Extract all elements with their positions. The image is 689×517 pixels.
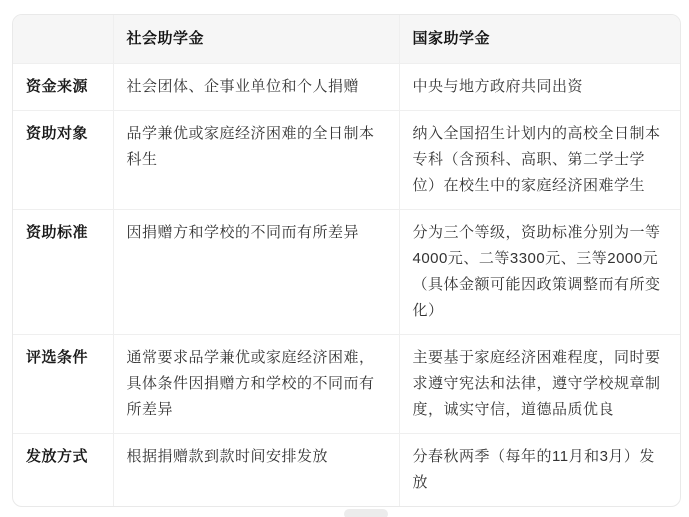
social-aid-cell: 通常要求品学兼优或家庭经济困难，具体条件因捐赠方和学校的不同而有所差异 xyxy=(113,335,399,434)
table-row: 评选条件 通常要求品学兼优或家庭经济困难，具体条件因捐赠方和学校的不同而有所差异… xyxy=(13,335,680,434)
row-header-selection-criteria: 评选条件 xyxy=(13,335,113,434)
national-aid-cell: 纳入全国招生计划内的高校全日制本专科（含预科、高职、第二学士学位）在校生中的家庭… xyxy=(399,111,680,210)
table-row: 资金来源 社会团体、企事业单位和个人捐赠 中央与地方政府共同出资 xyxy=(13,64,680,111)
row-header-funding-source: 资金来源 xyxy=(13,64,113,111)
comparison-table: 社会助学金 国家助学金 资金来源 社会团体、企事业单位和个人捐赠 中央与地方政府… xyxy=(13,15,680,506)
corner-cell xyxy=(13,15,113,64)
social-aid-cell: 社会团体、企事业单位和个人捐赠 xyxy=(113,64,399,111)
social-aid-cell: 品学兼优或家庭经济困难的全日制本科生 xyxy=(113,111,399,210)
table-header-row: 社会助学金 国家助学金 xyxy=(13,15,680,64)
column-header-social: 社会助学金 xyxy=(113,15,399,64)
national-aid-cell: 主要基于家庭经济困难程度，同时要求遵守宪法和法律，遵守学校规章制度，诚实守信，道… xyxy=(399,335,680,434)
comparison-table-card: 社会助学金 国家助学金 资金来源 社会团体、企事业单位和个人捐赠 中央与地方政府… xyxy=(12,14,681,507)
column-header-national: 国家助学金 xyxy=(399,15,680,64)
row-header-aid-standard: 资助标准 xyxy=(13,210,113,335)
table-row: 资助标准 因捐赠方和学校的不同而有所差异 分为三个等级，资助标准分别为一等400… xyxy=(13,210,680,335)
national-aid-cell: 中央与地方政府共同出资 xyxy=(399,64,680,111)
table-row: 发放方式 根据捐赠款到款时间安排发放 分春秋两季（每年的11月和3月）发放 xyxy=(13,434,680,507)
horizontal-scrollbar-thumb[interactable] xyxy=(344,509,388,517)
table-row: 资助对象 品学兼优或家庭经济困难的全日制本科生 纳入全国招生计划内的高校全日制本… xyxy=(13,111,680,210)
national-aid-cell: 分春秋两季（每年的11月和3月）发放 xyxy=(399,434,680,507)
row-header-aid-target: 资助对象 xyxy=(13,111,113,210)
national-aid-cell: 分为三个等级，资助标准分别为一等4000元、二等3300元、三等2000元（具体… xyxy=(399,210,680,335)
row-header-disbursement-method: 发放方式 xyxy=(13,434,113,507)
social-aid-cell: 根据捐赠款到款时间安排发放 xyxy=(113,434,399,507)
social-aid-cell: 因捐赠方和学校的不同而有所差异 xyxy=(113,210,399,335)
